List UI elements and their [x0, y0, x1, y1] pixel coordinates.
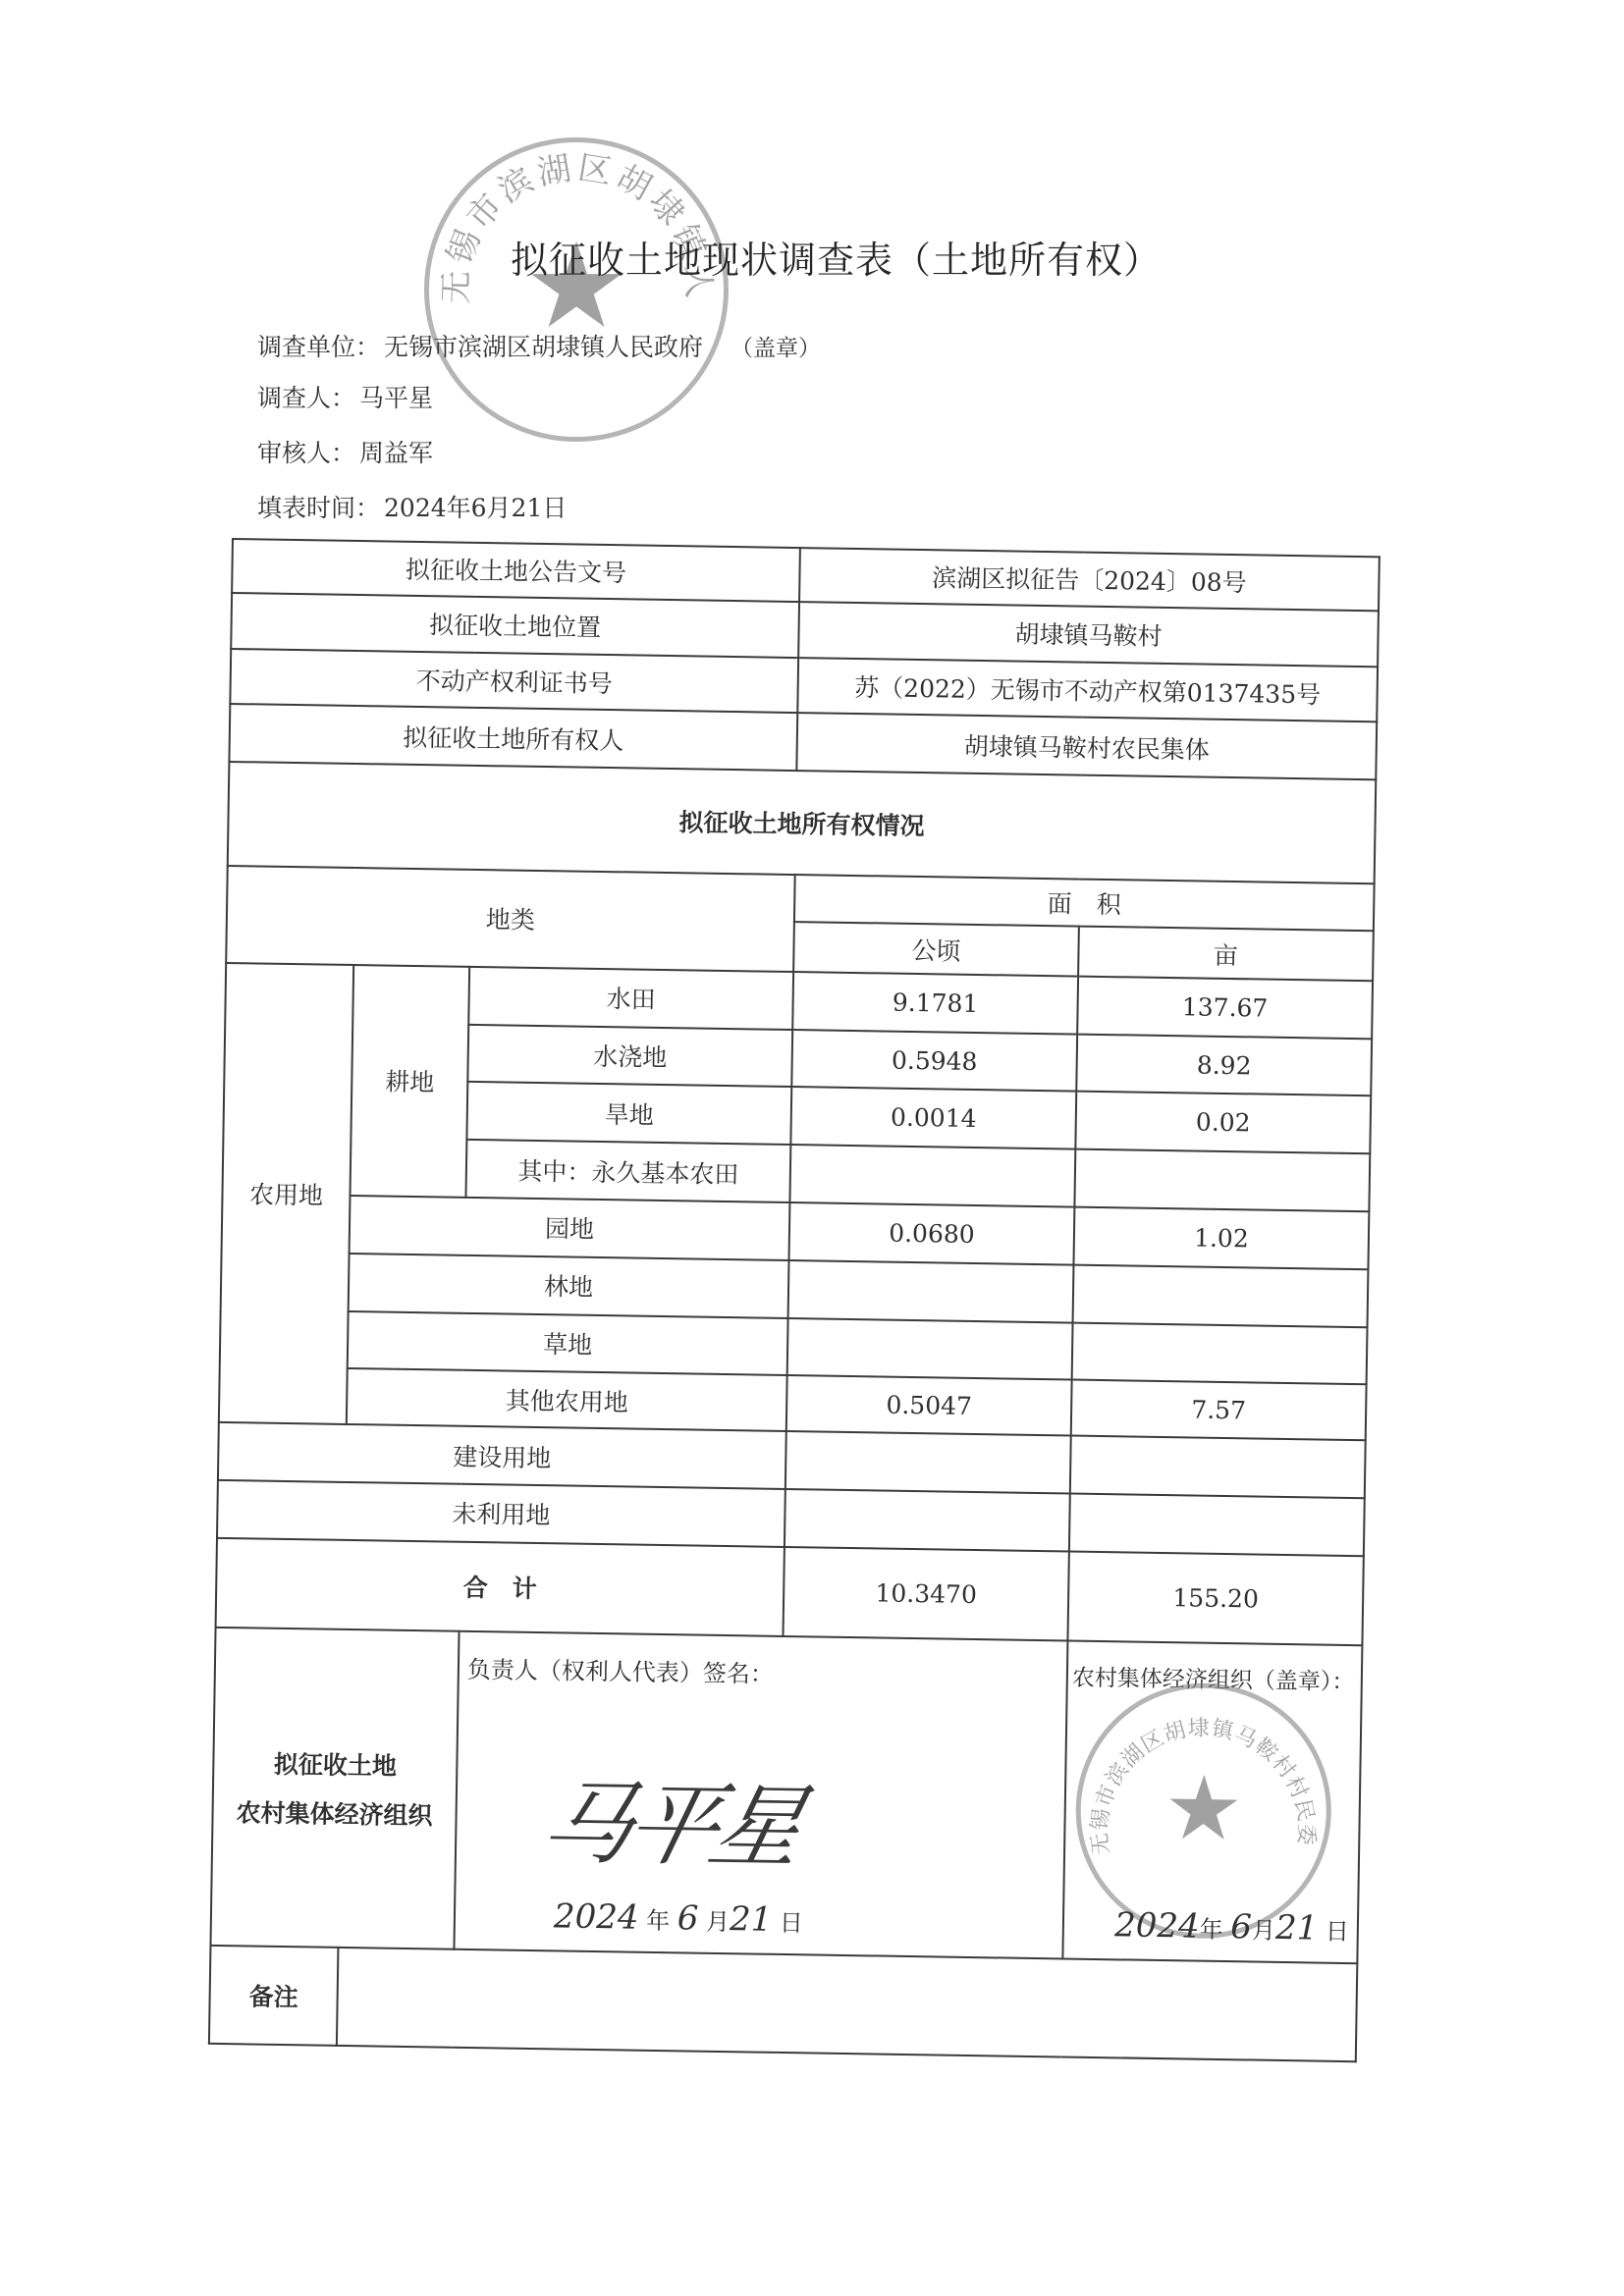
- hectare-value: 0.0680: [789, 1202, 1075, 1264]
- land-name: 林地: [349, 1254, 789, 1318]
- info-label: 拟征收土地位置: [231, 593, 799, 658]
- remarks-row: 备注: [209, 1946, 1357, 2061]
- survey-unit-line: 调查单位：无锡市滨湖区胡埭镇人民政府（盖章）: [257, 328, 821, 363]
- mu-value: 137.67: [1077, 976, 1373, 1039]
- mu-value: [1070, 1436, 1366, 1499]
- surveyor-label: 调查人：: [257, 384, 355, 412]
- hectare-value: [788, 1260, 1074, 1322]
- representative-date: 2024 年 6 月21 日: [554, 1897, 804, 1941]
- info-value: 胡埭镇马鞍村: [798, 602, 1379, 667]
- reviewer-label: 审核人：: [257, 439, 355, 467]
- land-name: 其他农用地: [347, 1368, 787, 1431]
- info-value: 滨湖区拟征告〔2024〕08号: [799, 548, 1380, 611]
- survey-form-table: 拟征收土地公告文号 滨湖区拟征告〔2024〕08号 拟征收土地位置 胡埭镇马鞍村…: [208, 538, 1379, 2062]
- hectare-value: 9.1781: [792, 972, 1078, 1034]
- remarks-label: 备注: [209, 1946, 339, 2046]
- mu-value: 7.57: [1071, 1380, 1367, 1440]
- government-seal-stamp: 无锡市滨湖区胡埭镇人民政府 ★: [424, 137, 729, 442]
- survey-unit-value: 无锡市滨湖区胡埭镇人民政府: [384, 333, 703, 361]
- star-icon: ★: [1164, 1757, 1244, 1861]
- fill-date-line: 填表时间：2024年6月21日: [257, 489, 567, 524]
- mu-value: 8.92: [1076, 1034, 1372, 1096]
- collective-org-label: 拟征收土地 农村集体经济组织: [210, 1628, 459, 1949]
- handwritten-signature: 马平星: [531, 1751, 814, 1885]
- mu-value: [1074, 1149, 1370, 1212]
- land-name: 建设用地: [218, 1422, 786, 1489]
- land-name: 园地: [350, 1196, 790, 1260]
- land-name: 旱地: [466, 1082, 791, 1145]
- mu-value: [1069, 1494, 1365, 1557]
- total-hectare: 10.3470: [783, 1547, 1068, 1641]
- land-name: 水田: [468, 967, 793, 1030]
- land-name: 未利用地: [217, 1480, 785, 1547]
- hectare-value: [785, 1431, 1071, 1493]
- fill-date-label: 填表时间：: [257, 494, 380, 522]
- representative-label: 负责人（权利人代表）签名：: [467, 1650, 775, 1689]
- surveyor-value: 马平星: [359, 384, 433, 412]
- section-title: 拟征收土地所有权情况: [228, 762, 1377, 883]
- scanned-document-page: 无锡市滨湖区胡埭镇人民政府 ★ 拟征收土地现状调查表（土地所有权） 调查单位：无…: [0, 0, 1624, 2296]
- mu-value: 0.02: [1075, 1092, 1371, 1154]
- seal-note: （盖章）: [731, 336, 821, 361]
- collective-date: 2024年 6月21 日: [1114, 1906, 1349, 1949]
- representative-signature-cell: 负责人（权利人代表）签名： 马平星 2024 年 6 月21 日: [454, 1631, 1067, 1959]
- surveyor-line: 调查人：马平星: [257, 379, 433, 414]
- total-mu: 155.20: [1067, 1551, 1363, 1645]
- collective-seal-cell: 农村集体经济组织（盖章）： 无锡市滨湖区胡埭镇马鞍村村民委员会 ★ 2024年 …: [1062, 1641, 1362, 1964]
- mu-value: [1073, 1264, 1369, 1327]
- info-value: 苏（2022）无锡市不动产权第0137435号: [797, 658, 1378, 722]
- land-name: 水浇地: [467, 1025, 792, 1088]
- land-name: 草地: [348, 1311, 788, 1376]
- mu-value: [1072, 1322, 1368, 1385]
- collective-org-label-line2: 农村集体经济组织: [213, 1793, 456, 1833]
- cultivated-land-label: 耕地: [350, 965, 469, 1198]
- remarks-value: [337, 1948, 1357, 2061]
- land-name: 其中：永久基本农田: [465, 1140, 790, 1202]
- reviewer-value: 周益军: [359, 439, 433, 467]
- hectare-value: [789, 1145, 1075, 1206]
- hectare-value: 0.5047: [786, 1375, 1072, 1435]
- info-label: 拟征收土地所有权人: [229, 704, 797, 771]
- hectare-value: [785, 1489, 1070, 1551]
- land-type-header: 地类: [226, 865, 794, 971]
- info-label: 不动产权利证书号: [230, 649, 798, 714]
- fill-date-value: 2024年6月21日: [384, 494, 567, 522]
- agricultural-land-label: 农用地: [219, 963, 353, 1424]
- total-label: 合 计: [216, 1538, 785, 1636]
- info-value: 胡埭镇马鞍村农民集体: [796, 713, 1377, 779]
- mu-value: 1.02: [1073, 1207, 1369, 1270]
- village-committee-seal-stamp: 无锡市滨湖区胡埭镇马鞍村村民委员会 ★: [1074, 1682, 1333, 1941]
- reviewer-line: 审核人：周益军: [257, 434, 433, 469]
- hectare-value: 0.0014: [790, 1087, 1076, 1148]
- mu-header: 亩: [1078, 927, 1374, 981]
- hectare-value: 0.5948: [791, 1030, 1077, 1092]
- collective-org-label-line1: 拟征收土地: [214, 1744, 457, 1784]
- survey-unit-label: 调查单位：: [257, 333, 380, 361]
- hectare-header: 公顷: [793, 922, 1079, 976]
- signature-row: 拟征收土地 农村集体经济组织 负责人（权利人代表）签名： 马平星 2024 年 …: [210, 1628, 1362, 1964]
- info-label: 拟征收土地公告文号: [232, 539, 800, 602]
- hectare-value: [787, 1318, 1073, 1380]
- document-title: 拟征收土地现状调查表（土地所有权）: [511, 230, 1162, 284]
